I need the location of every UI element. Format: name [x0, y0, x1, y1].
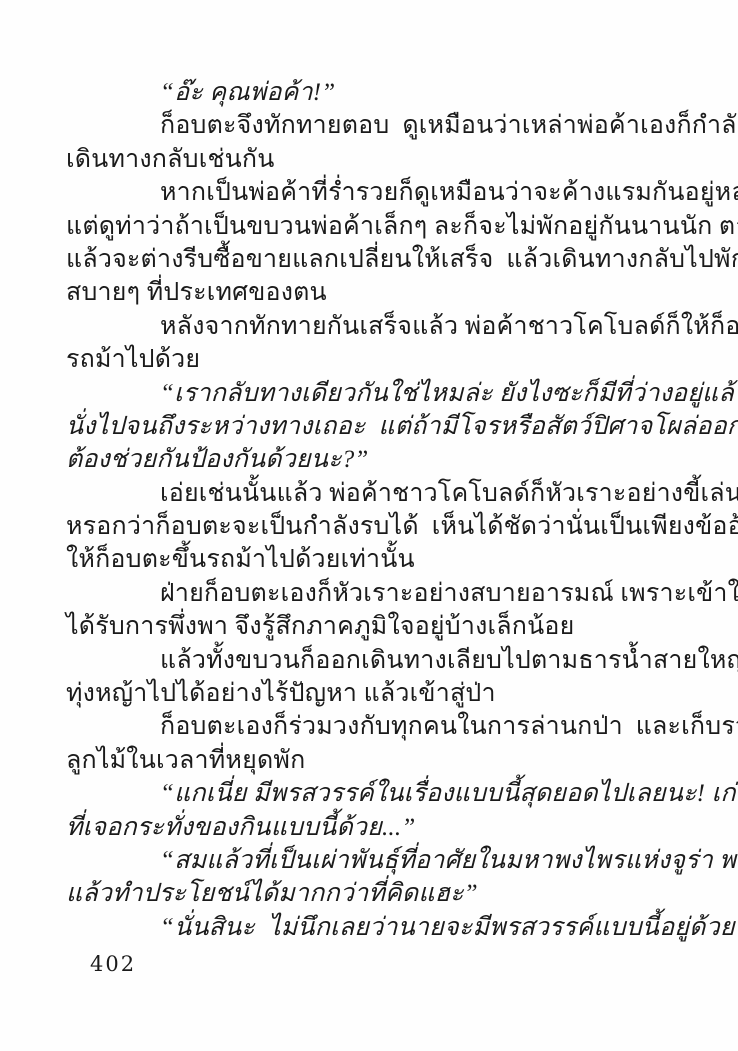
text-line: ให้ก็อบตะขึ้นรถม้าไปด้วยเท่านั้น [66, 543, 678, 576]
text-line: เอ่ยเช่นนั้นแล้ว พ่อค้าชาวโคโบลด์ก็หัวเร… [66, 477, 678, 510]
page-text: “อ๊ะ คุณพ่อค้า!” ก็อบตะจึงทักทายตอบ ดูเห… [66, 76, 678, 944]
text-line: รถม้าไปด้วย [66, 343, 678, 376]
text-line: สบายๆ ที่ประเทศของตน [66, 276, 678, 309]
text-line: แต่ดูท่าว่าถ้าเป็นขบวนพ่อค้าเล็กๆ ละก็จะ… [66, 210, 678, 243]
text-line: นั่งไปจนถึงระหว่างทางเถอะ แต่ถ้ามีโจรหรื… [66, 410, 678, 443]
text-line: “นั่นสินะ ไม่นึกเลยว่านายจะมีพรสวรรค์แบบ… [66, 911, 678, 944]
text-line: ต้องช่วยกันป้องกันด้วยนะ?” [66, 443, 678, 476]
text-line: ฝ่ายก็อบตะเองก็หัวเราะอย่างสบายอารมณ์ เพ… [66, 577, 678, 610]
text-line: “แกเนี่ย มีพรสวรรค์ในเรื่องแบบนี้สุดยอดไ… [66, 777, 678, 810]
text-line: แล้วทั้งขบวนก็ออกเดินทางเลียบไปตามธารน้ำ… [66, 644, 678, 677]
text-line: หลังจากทักทายกันเสร็จแล้ว พ่อค้าชาวโคโบล… [66, 310, 678, 343]
text-line: ได้รับการพึ่งพา จึงรู้สึกภาคภูมิใจอยู่บ้… [66, 610, 678, 643]
text-line: หรอกว่าก็อบตะจะเป็นกำลังรบได้ เห็นได้ชัด… [66, 510, 678, 543]
text-line: ทุ่งหญ้าไปได้อย่างไร้ปัญหา แล้วเข้าสู่ป่… [66, 677, 678, 710]
text-line: ที่เจอกระทั่งของกินแบบนี้ด้วย...” [66, 811, 678, 844]
text-line: แล้วทำประโยชน์ได้มากกว่าที่คิดแฮะ” [66, 877, 678, 910]
text-line: ก็อบตะจึงทักทายตอบ ดูเหมือนว่าเหล่าพ่อค้… [66, 109, 678, 142]
text-line: “อ๊ะ คุณพ่อค้า!” [66, 76, 678, 109]
book-page: “อ๊ะ คุณพ่อค้า!” ก็อบตะจึงทักทายตอบ ดูเห… [0, 0, 738, 1051]
text-line: “เรากลับทางเดียวกันใช่ไหมล่ะ ยังไงซะก็มี… [66, 377, 678, 410]
page-number: 402 [90, 952, 136, 976]
text-line: “สมแล้วที่เป็นเผ่าพันธุ์ที่อาศัยในมหาพงไ… [66, 844, 678, 877]
text-line: ลูกไม้ในเวลาที่หยุดพัก [66, 744, 678, 777]
text-line: หากเป็นพ่อค้าที่ร่ำรวยก็ดูเหมือนว่าจะค้า… [66, 176, 678, 209]
text-line: แล้วจะต่างรีบซื้อขายแลกเปลี่ยนให้เสร็จ แ… [66, 243, 678, 276]
text-line: เดินทางกลับเช่นกัน [66, 143, 678, 176]
text-line: ก็อบตะเองก็ร่วมวงกับทุกคนในการล่านกป่า แ… [66, 710, 678, 743]
